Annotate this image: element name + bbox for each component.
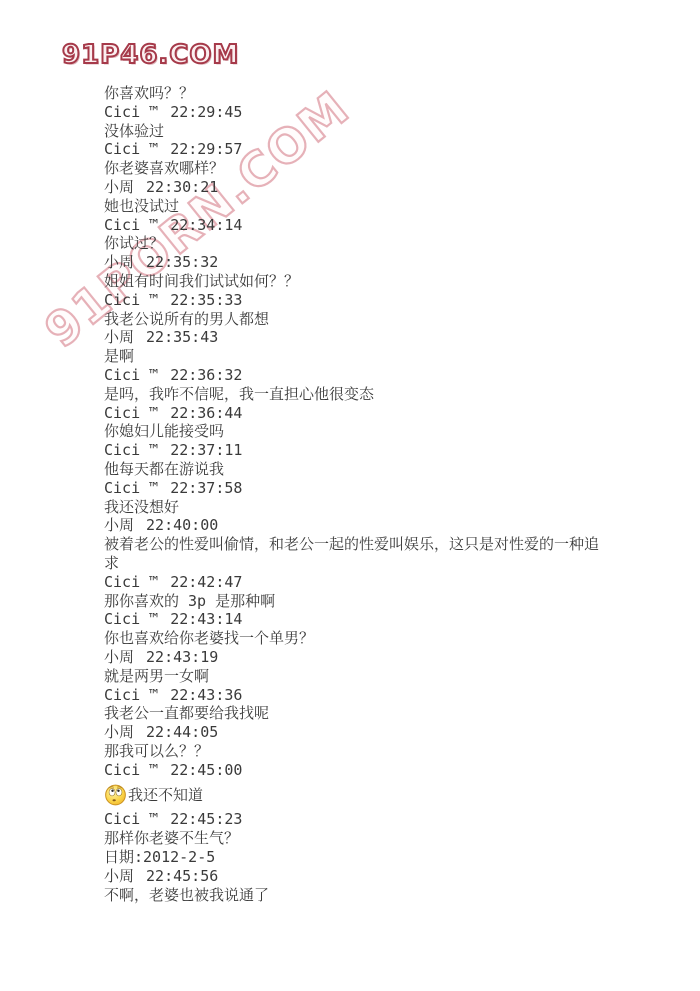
chat-message-text: 我老公一直都要给我找呢 (104, 704, 269, 722)
chat-meta-line: 小周22:43:19 (104, 648, 664, 667)
chat-meta-line: Cici ™22:29:45 (104, 103, 664, 122)
chat-meta-line: Cici ™22:35:33 (104, 291, 664, 310)
chat-message-line: 她也没试过 (104, 197, 664, 216)
chat-message-line: 不啊，老婆也被我说通了 (104, 886, 664, 905)
chat-message-line: 那我可以么？？ (104, 742, 664, 761)
sender-name: Cici ™ (104, 103, 158, 121)
message-timestamp: 22:29:57 (170, 140, 242, 158)
chat-message-text: 你媳妇儿能接受吗 (104, 422, 224, 440)
site-logo: 91P46.COM (62, 40, 239, 70)
chat-meta-line: 小周22:35:43 (104, 328, 664, 347)
chat-meta-line: 小周22:44:05 (104, 723, 664, 742)
chat-meta-line: 小周22:35:32 (104, 253, 664, 272)
chat-meta-line: Cici ™22:43:36 (104, 686, 664, 705)
chat-message-line: 是啊 (104, 347, 664, 366)
chat-message-line-with-emoji: 我还不知道 (104, 779, 664, 810)
chat-message-text: 那你喜欢的 3p 是那种啊 (104, 592, 275, 610)
chat-transcript: 你喜欢吗？？Cici ™22:29:45没体验过Cici ™22:29:57你老… (104, 84, 664, 904)
sender-name: 小周 (104, 178, 134, 196)
chat-message-text: 你喜欢吗？？ (104, 84, 194, 102)
message-timestamp: 22:45:00 (170, 761, 242, 779)
message-timestamp: 22:30:21 (146, 178, 218, 196)
message-timestamp: 22:42:47 (170, 573, 242, 591)
message-timestamp: 22:40:00 (146, 516, 218, 534)
chat-message-line: 被着老公的性爱叫偷情，和老公一起的性爱叫娱乐，这只是对性爱的一种追 (104, 535, 664, 554)
chat-log-page: 91PORN.COM 91P46.COM 你喜欢吗？？Cici ™22:29:4… (0, 0, 700, 991)
chat-message-text: 被着老公的性爱叫偷情，和老公一起的性爱叫娱乐，这只是对性爱的一种追 (104, 535, 599, 553)
message-timestamp: 22:36:44 (170, 404, 242, 422)
message-timestamp: 22:45:56 (146, 867, 218, 885)
sender-name: Cici ™ (104, 686, 158, 704)
chat-message-text: 不啊，老婆也被我说通了 (104, 886, 269, 904)
chat-message-text: 你也喜欢给你老婆找一个单男？ (104, 629, 314, 647)
chat-message-text: 我还不知道 (128, 786, 203, 805)
sender-name: 小周 (104, 867, 134, 885)
chat-message-text: 那样你老婆不生气？ (104, 829, 239, 847)
chat-message-text: 你试过？ (104, 234, 164, 252)
chat-message-line: 没体验过 (104, 122, 664, 141)
chat-meta-line: Cici ™22:45:23 (104, 810, 664, 829)
chat-message-line: 我老公一直都要给我找呢 (104, 704, 664, 723)
chat-meta-line: Cici ™22:45:00 (104, 761, 664, 780)
chat-message-line: 是吗，我咋不信呢，我一直担心他很变态 (104, 385, 664, 404)
message-timestamp: 22:29:45 (170, 103, 242, 121)
sender-name: Cici ™ (104, 441, 158, 459)
chat-message-text: 你老婆喜欢哪样？ (104, 159, 224, 177)
chat-message-line: 我还没想好 (104, 498, 664, 517)
chat-meta-line: Cici ™22:37:11 (104, 441, 664, 460)
sender-name: Cici ™ (104, 479, 158, 497)
chat-message-text: 她也没试过 (104, 197, 179, 215)
chat-message-line: 你喜欢吗？？ (104, 84, 664, 103)
chat-message-text: 是啊 (104, 347, 134, 365)
sender-name: Cici ™ (104, 573, 158, 591)
chat-meta-line: Cici ™22:43:14 (104, 610, 664, 629)
chat-message-line: 你老婆喜欢哪样？ (104, 159, 664, 178)
chat-meta-line: Cici ™22:37:58 (104, 479, 664, 498)
chat-message-line: 那样你老婆不生气？ (104, 829, 664, 848)
message-timestamp: 22:34:14 (170, 216, 242, 234)
chat-message-line: 我老公说所有的男人都想 (104, 310, 664, 329)
chat-message-line: 你媳妇儿能接受吗 (104, 422, 664, 441)
sender-name: Cici ™ (104, 140, 158, 158)
chat-message-line: 你试过？ (104, 234, 664, 253)
message-timestamp: 22:43:36 (170, 686, 242, 704)
chat-meta-line: Cici ™22:36:44 (104, 404, 664, 423)
message-timestamp: 22:37:11 (170, 441, 242, 459)
message-timestamp: 22:36:32 (170, 366, 242, 384)
sender-name: Cici ™ (104, 610, 158, 628)
sender-name: Cici ™ (104, 810, 158, 828)
sender-name: 小周 (104, 723, 134, 741)
chat-message-text: 我还没想好 (104, 498, 179, 516)
chat-message-text: 姐姐有时间我们试试如何？？ (104, 272, 299, 290)
chat-message-text: 我老公说所有的男人都想 (104, 310, 269, 328)
sender-name: 小周 (104, 253, 134, 271)
chat-message-text: 没体验过 (104, 122, 164, 140)
chat-message-text: 就是两男一女啊 (104, 667, 209, 685)
chat-message-line: 那你喜欢的 3p 是那种啊 (104, 592, 664, 611)
message-timestamp: 22:43:14 (170, 610, 242, 628)
message-timestamp: 22:43:19 (146, 648, 218, 666)
sender-name: 小周 (104, 516, 134, 534)
message-timestamp: 22:44:05 (146, 723, 218, 741)
chat-meta-line: Cici ™22:34:14 (104, 216, 664, 235)
sender-name: Cici ™ (104, 216, 158, 234)
message-timestamp: 22:37:58 (170, 479, 242, 497)
chat-message-line: 日期:2012-2-5 (104, 848, 664, 867)
sender-name: 小周 (104, 648, 134, 666)
sender-name: Cici ™ (104, 366, 158, 384)
message-timestamp: 22:35:43 (146, 328, 218, 346)
chat-meta-line: 小周22:30:21 (104, 178, 664, 197)
chat-message-text: 求 (104, 554, 119, 572)
chat-message-text: 是吗，我咋不信呢，我一直担心他很变态 (104, 385, 374, 403)
sender-name: Cici ™ (104, 404, 158, 422)
chat-message-line: 你也喜欢给你老婆找一个单男？ (104, 629, 664, 648)
chat-message-line: 他每天都在游说我 (104, 460, 664, 479)
chat-message-text: 日期:2012-2-5 (104, 848, 215, 866)
chat-meta-line: 小周22:40:00 (104, 516, 664, 535)
sender-name: 小周 (104, 328, 134, 346)
chat-meta-line: 小周22:45:56 (104, 867, 664, 886)
chat-meta-line: Cici ™22:29:57 (104, 140, 664, 159)
chat-message-text: 那我可以么？？ (104, 742, 209, 760)
chat-message-line: 求 (104, 554, 664, 573)
confused-face-emoji-icon (104, 783, 127, 806)
chat-message-text: 他每天都在游说我 (104, 460, 224, 478)
sender-name: Cici ™ (104, 761, 158, 779)
chat-meta-line: Cici ™22:42:47 (104, 573, 664, 592)
chat-message-line: 就是两男一女啊 (104, 667, 664, 686)
chat-meta-line: Cici ™22:36:32 (104, 366, 664, 385)
message-timestamp: 22:35:32 (146, 253, 218, 271)
message-timestamp: 22:45:23 (170, 810, 242, 828)
chat-message-line: 姐姐有时间我们试试如何？？ (104, 272, 664, 291)
sender-name: Cici ™ (104, 291, 158, 309)
message-timestamp: 22:35:33 (170, 291, 242, 309)
